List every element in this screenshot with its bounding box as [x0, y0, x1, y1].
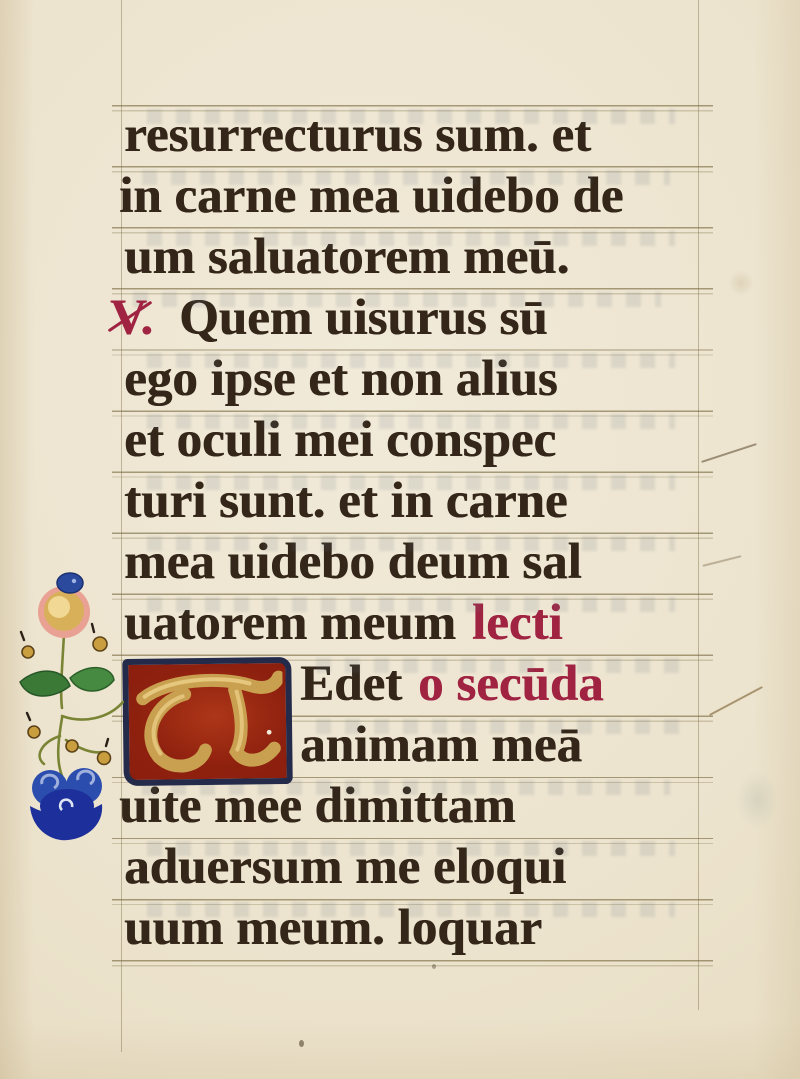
text-line: uite mee dimittam	[119, 777, 705, 839]
text-line: ego ipse et non alius	[124, 350, 710, 412]
text-line: aduersum me eloqui	[124, 838, 710, 900]
text-line: et oculi mei conspec	[124, 411, 710, 473]
text-segment: mea uidebo deum sal	[124, 534, 582, 590]
text-line: in carne mea uidebo de	[119, 167, 705, 229]
text-segment: in carne mea uidebo de	[119, 168, 623, 224]
paint-fleck	[267, 730, 272, 735]
text-segment: animam meā	[300, 717, 582, 773]
text-segment: aduersum me eloqui	[124, 839, 566, 895]
rubric-segment: lecti	[472, 595, 563, 651]
text-segment: ego ipse et non alius	[124, 351, 558, 407]
text-line: animam meā	[300, 716, 710, 778]
text-segment: Quem uisurus sū	[179, 290, 547, 346]
text-line: uum meum. loquar	[124, 899, 710, 961]
pen-flourish	[709, 686, 763, 716]
left-margin-rule	[121, 0, 122, 1052]
text-segment: uum meum. loquar	[124, 900, 542, 956]
manuscript-page: resurrecturus sum. et in carne mea uideb…	[0, 0, 800, 1079]
text-line: Edeto secūda	[300, 655, 710, 717]
text-segment: uatorem meum	[124, 595, 456, 651]
text-line: um saluatorem meū.	[124, 228, 710, 290]
pansy-flower	[30, 768, 102, 840]
floral-ornament-icon	[12, 570, 124, 850]
text-line: uatorem meumlecti	[124, 594, 710, 656]
illuminated-initial-T	[122, 657, 293, 786]
text-line: V.Quem uisurus sū	[110, 289, 696, 351]
text-line: turi sunt. et in carne	[124, 472, 710, 534]
text-line: mea uidebo deum sal	[124, 533, 710, 595]
text-segment: Edet	[300, 656, 402, 712]
ink-speck	[299, 1040, 304, 1047]
versicle-mark: V.	[110, 289, 153, 348]
text-segment: um saluatorem meū.	[124, 229, 569, 285]
text-segment: uite mee dimittam	[119, 778, 516, 834]
ink-speck	[432, 964, 436, 969]
gold-letter-T-icon	[130, 665, 283, 777]
rubric-segment: o secūda	[418, 656, 604, 712]
text-segment: et oculi mei conspec	[124, 412, 556, 468]
text-line: resurrecturus sum. et	[124, 106, 710, 168]
stain	[736, 770, 778, 830]
text-segment: turi sunt. et in carne	[124, 473, 567, 529]
stain	[728, 270, 754, 296]
text-segment: resurrecturus sum. et	[124, 107, 591, 163]
